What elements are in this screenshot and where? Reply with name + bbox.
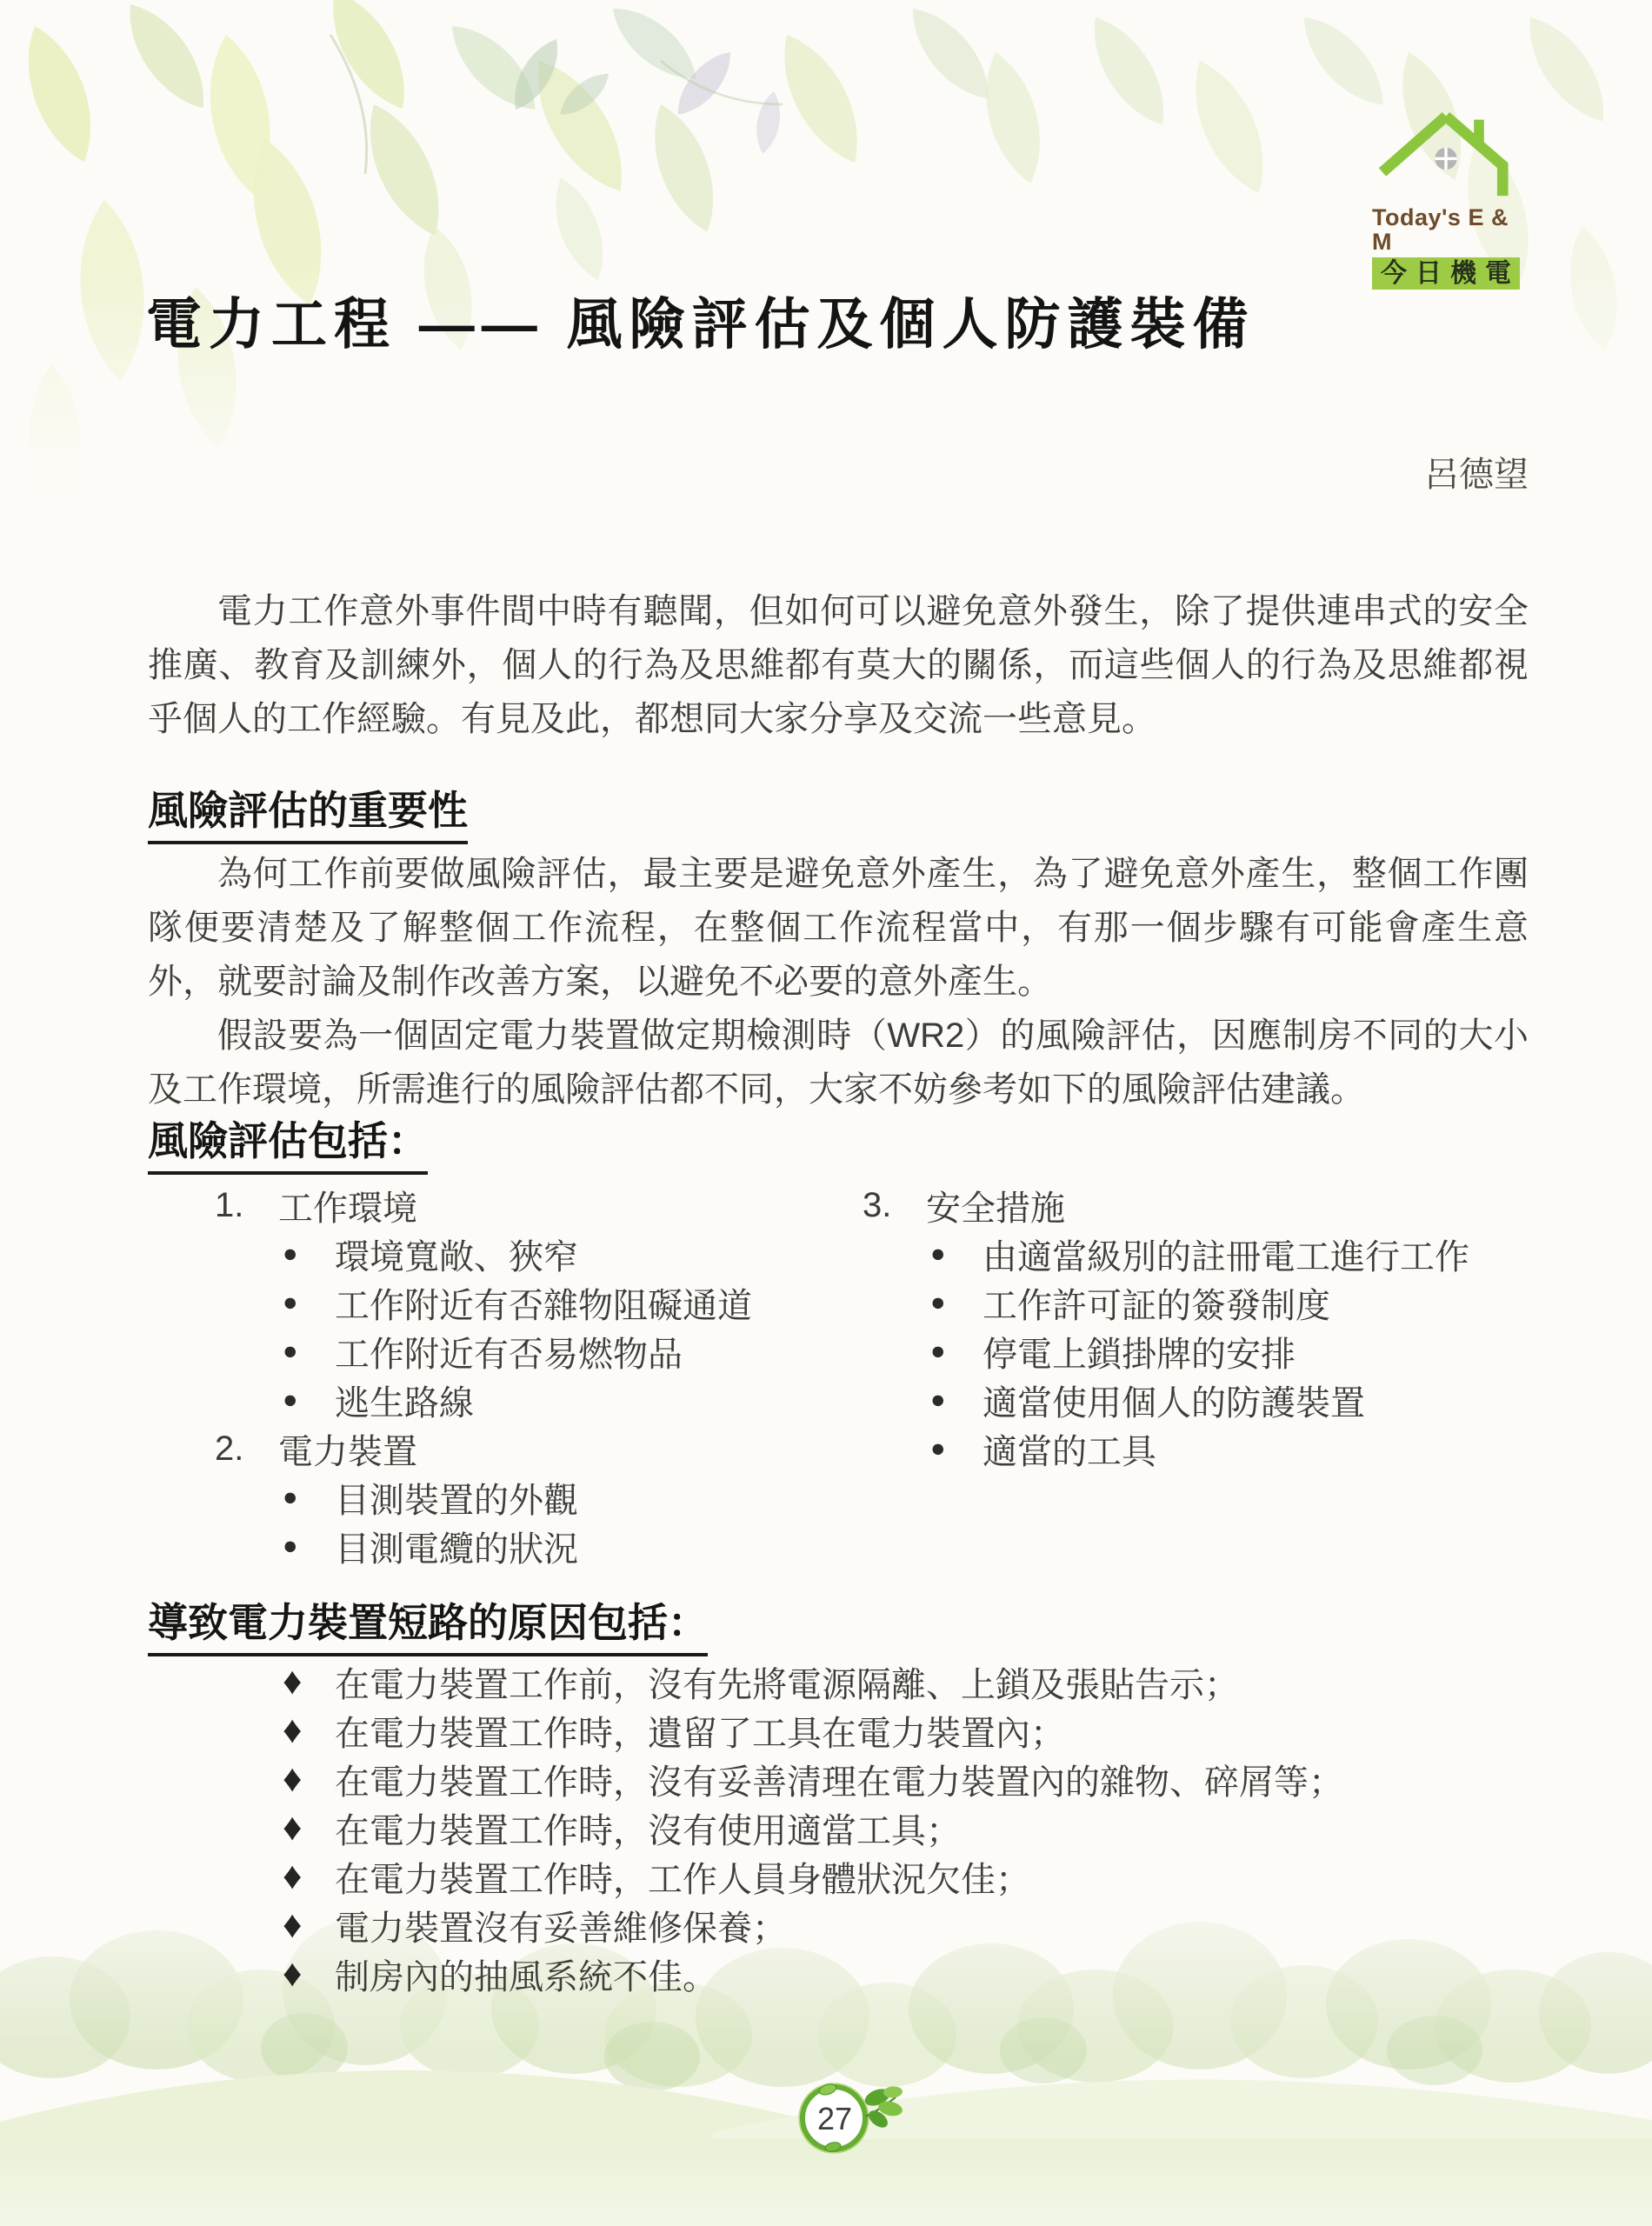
- paragraph: 假設要為一個固定電力裝置做定期檢測時（WR2）的風險評估，因應制房不同的大小及工…: [148, 1009, 1529, 1116]
- diamond-bullet-icon: ♦: [283, 1663, 335, 1701]
- bullet-dot-icon: ●: [930, 1339, 983, 1364]
- causes-list: ♦ 在電力裝置工作前，沒有先將電源隔離、上鎖及張貼告示； ♦ 在電力裝置工作時，…: [148, 1657, 1574, 1998]
- list-number: 3.: [863, 1186, 926, 1225]
- cause-text: 在電力裝置工作時，沒有使用適當工具；: [335, 1803, 961, 1853]
- article-title: 電力工程 —— 風險評估及個人防護裝備: [146, 280, 1256, 360]
- bullet-dot-icon: ●: [930, 1388, 983, 1413]
- bullet-dot-icon: ●: [283, 1388, 335, 1413]
- list-item: ● 適當的工具: [863, 1424, 1541, 1473]
- cause-text: 制房內的抽風系統不佳。: [335, 1949, 717, 1999]
- list-group-label: 工作環境: [278, 1181, 417, 1230]
- list-item-text: 環境寬敞、狹窄: [335, 1230, 578, 1279]
- list-item: ● 目測裝置的外觀: [215, 1473, 823, 1522]
- diamond-bullet-icon: ♦: [283, 1857, 335, 1896]
- list-item-text: 工作附近有否雜物阻礙通道: [335, 1278, 752, 1328]
- list-item-text: 適當使用個人的防護裝置: [983, 1376, 1365, 1425]
- importance-paragraphs: 為何工作前要做風險評估，最主要是避免意外產生，為了避免意外產生，整個工作團隊便要…: [148, 847, 1529, 1116]
- cause-item: ♦ 在電力裝置工作時，沒有使用適當工具；: [148, 1803, 1574, 1852]
- house-icon: [1372, 108, 1520, 205]
- bullet-dot-icon: ●: [283, 1242, 335, 1267]
- section-heading-assessment: 風險評估包括：: [148, 1120, 428, 1175]
- list-item: ● 由適當級別的註冊電工進行工作: [863, 1230, 1541, 1278]
- paragraph: 電力工作意外事件間中時有聽聞，但如何可以避免意外發生，除了提供連串式的安全推廣、…: [148, 584, 1529, 746]
- diamond-bullet-icon: ♦: [283, 1906, 335, 1944]
- cause-text: 電力裝置沒有妥善維修保養；: [335, 1901, 787, 1950]
- cause-item: ♦ 在電力裝置工作前，沒有先將電源隔離、上鎖及張貼告示；: [148, 1657, 1574, 1706]
- list-item-text: 工作許可証的簽發制度: [983, 1278, 1330, 1328]
- assessment-column-right: 3. 安全措施 ● 由適當級別的註冊電工進行工作 ● 工作許可証的簽發制度 ● …: [863, 1181, 1541, 1473]
- list-item-text: 目測電纜的狀況: [335, 1522, 578, 1571]
- diamond-bullet-icon: ♦: [283, 1760, 335, 1798]
- cause-text: 在電力裝置工作前，沒有先將電源隔離、上鎖及張貼告示；: [335, 1657, 1239, 1707]
- list-item: ● 工作許可証的簽發制度: [863, 1278, 1541, 1327]
- list-item: ● 逃生路線: [215, 1376, 823, 1424]
- list-item-text: 由適當級別的註冊電工進行工作: [983, 1230, 1469, 1279]
- cause-item: ♦ 電力裝置沒有妥善維修保養；: [148, 1901, 1574, 1949]
- list-item: ● 工作附近有否雜物阻礙通道: [215, 1278, 823, 1327]
- logo-name-chinese: 今日機電: [1372, 257, 1520, 290]
- paragraph: 為何工作前要做風險評估，最主要是避免意外產生，為了避免意外產生，整個工作團隊便要…: [148, 847, 1529, 1009]
- bullet-dot-icon: ●: [283, 1339, 335, 1364]
- assessment-list: 1. 工作環境 ● 環境寬敞、狹窄 ● 工作附近有否雜物阻礙通道 ● 工作附近有…: [148, 1181, 1574, 1581]
- bullet-dot-icon: ●: [283, 1290, 335, 1316]
- section-heading-importance: 風險評估的重要性: [148, 790, 468, 844]
- cause-item: ♦ 在電力裝置工作時，工作人員身體狀況欠佳；: [148, 1852, 1574, 1901]
- logo-name-english: Today's E & M: [1372, 205, 1520, 254]
- list-item: ● 工作附近有否易燃物品: [215, 1327, 823, 1376]
- list-group: 2. 電力裝置: [215, 1424, 823, 1473]
- cause-text: 在電力裝置工作時，工作人員身體狀況欠佳；: [335, 1852, 1030, 1902]
- list-item-text: 工作附近有否易燃物品: [335, 1327, 683, 1376]
- cause-text: 在電力裝置工作時，沒有妥善清理在電力裝置內的雜物、碎屑等；: [335, 1755, 1343, 1804]
- magazine-page: Today's E & M 今日機電 電力工程 —— 風險評估及個人防護裝備 呂…: [0, 0, 1652, 2226]
- bullet-dot-icon: ●: [930, 1290, 983, 1316]
- list-item-text: 逃生路線: [335, 1376, 474, 1425]
- assessment-column-left: 1. 工作環境 ● 環境寬敞、狹窄 ● 工作附近有否雜物阻礙通道 ● 工作附近有…: [215, 1181, 823, 1570]
- bullet-dot-icon: ●: [930, 1242, 983, 1267]
- cause-item: ♦ 在電力裝置工作時，遺留了工具在電力裝置內；: [148, 1706, 1574, 1755]
- section-heading-causes: 導致電力裝置短路的原因包括：: [148, 1602, 708, 1656]
- list-group: 3. 安全措施: [863, 1181, 1541, 1230]
- intro-paragraph: 電力工作意外事件間中時有聽聞，但如何可以避免意外發生，除了提供連串式的安全推廣、…: [148, 584, 1529, 746]
- bullet-dot-icon: ●: [283, 1485, 335, 1510]
- cause-text: 在電力裝置工作時，遺留了工具在電力裝置內；: [335, 1706, 1065, 1756]
- list-number: 1.: [215, 1186, 278, 1225]
- diamond-bullet-icon: ♦: [283, 1711, 335, 1749]
- list-item: ● 適當使用個人的防護裝置: [863, 1376, 1541, 1424]
- list-item-text: 目測裝置的外觀: [335, 1473, 578, 1523]
- list-group: 1. 工作環境: [215, 1181, 823, 1230]
- list-item: ● 環境寬敞、狹窄: [215, 1230, 823, 1278]
- magazine-logo: Today's E & M 今日機電: [1372, 108, 1520, 290]
- list-item-text: 適當的工具: [983, 1424, 1156, 1474]
- list-item: ● 停電上鎖掛牌的安排: [863, 1327, 1541, 1376]
- cause-item: ♦ 制房內的抽風系統不佳。: [148, 1949, 1574, 1998]
- list-item: ● 目測電纜的狀況: [215, 1522, 823, 1570]
- bullet-dot-icon: ●: [930, 1436, 983, 1462]
- bullet-dot-icon: ●: [283, 1534, 335, 1559]
- list-item-text: 停電上鎖掛牌的安排: [983, 1327, 1296, 1376]
- cause-item: ♦ 在電力裝置工作時，沒有妥善清理在電力裝置內的雜物、碎屑等；: [148, 1755, 1574, 1803]
- list-number: 2.: [215, 1430, 278, 1469]
- diamond-bullet-icon: ♦: [283, 1955, 335, 1993]
- page-number: 27: [817, 2101, 852, 2136]
- article-author: 呂德望: [148, 447, 1529, 497]
- diamond-bullet-icon: ♦: [283, 1809, 335, 1847]
- list-group-label: 安全措施: [926, 1181, 1065, 1230]
- list-group-label: 電力裝置: [278, 1424, 417, 1474]
- page-number-medallion: 27: [793, 2073, 906, 2164]
